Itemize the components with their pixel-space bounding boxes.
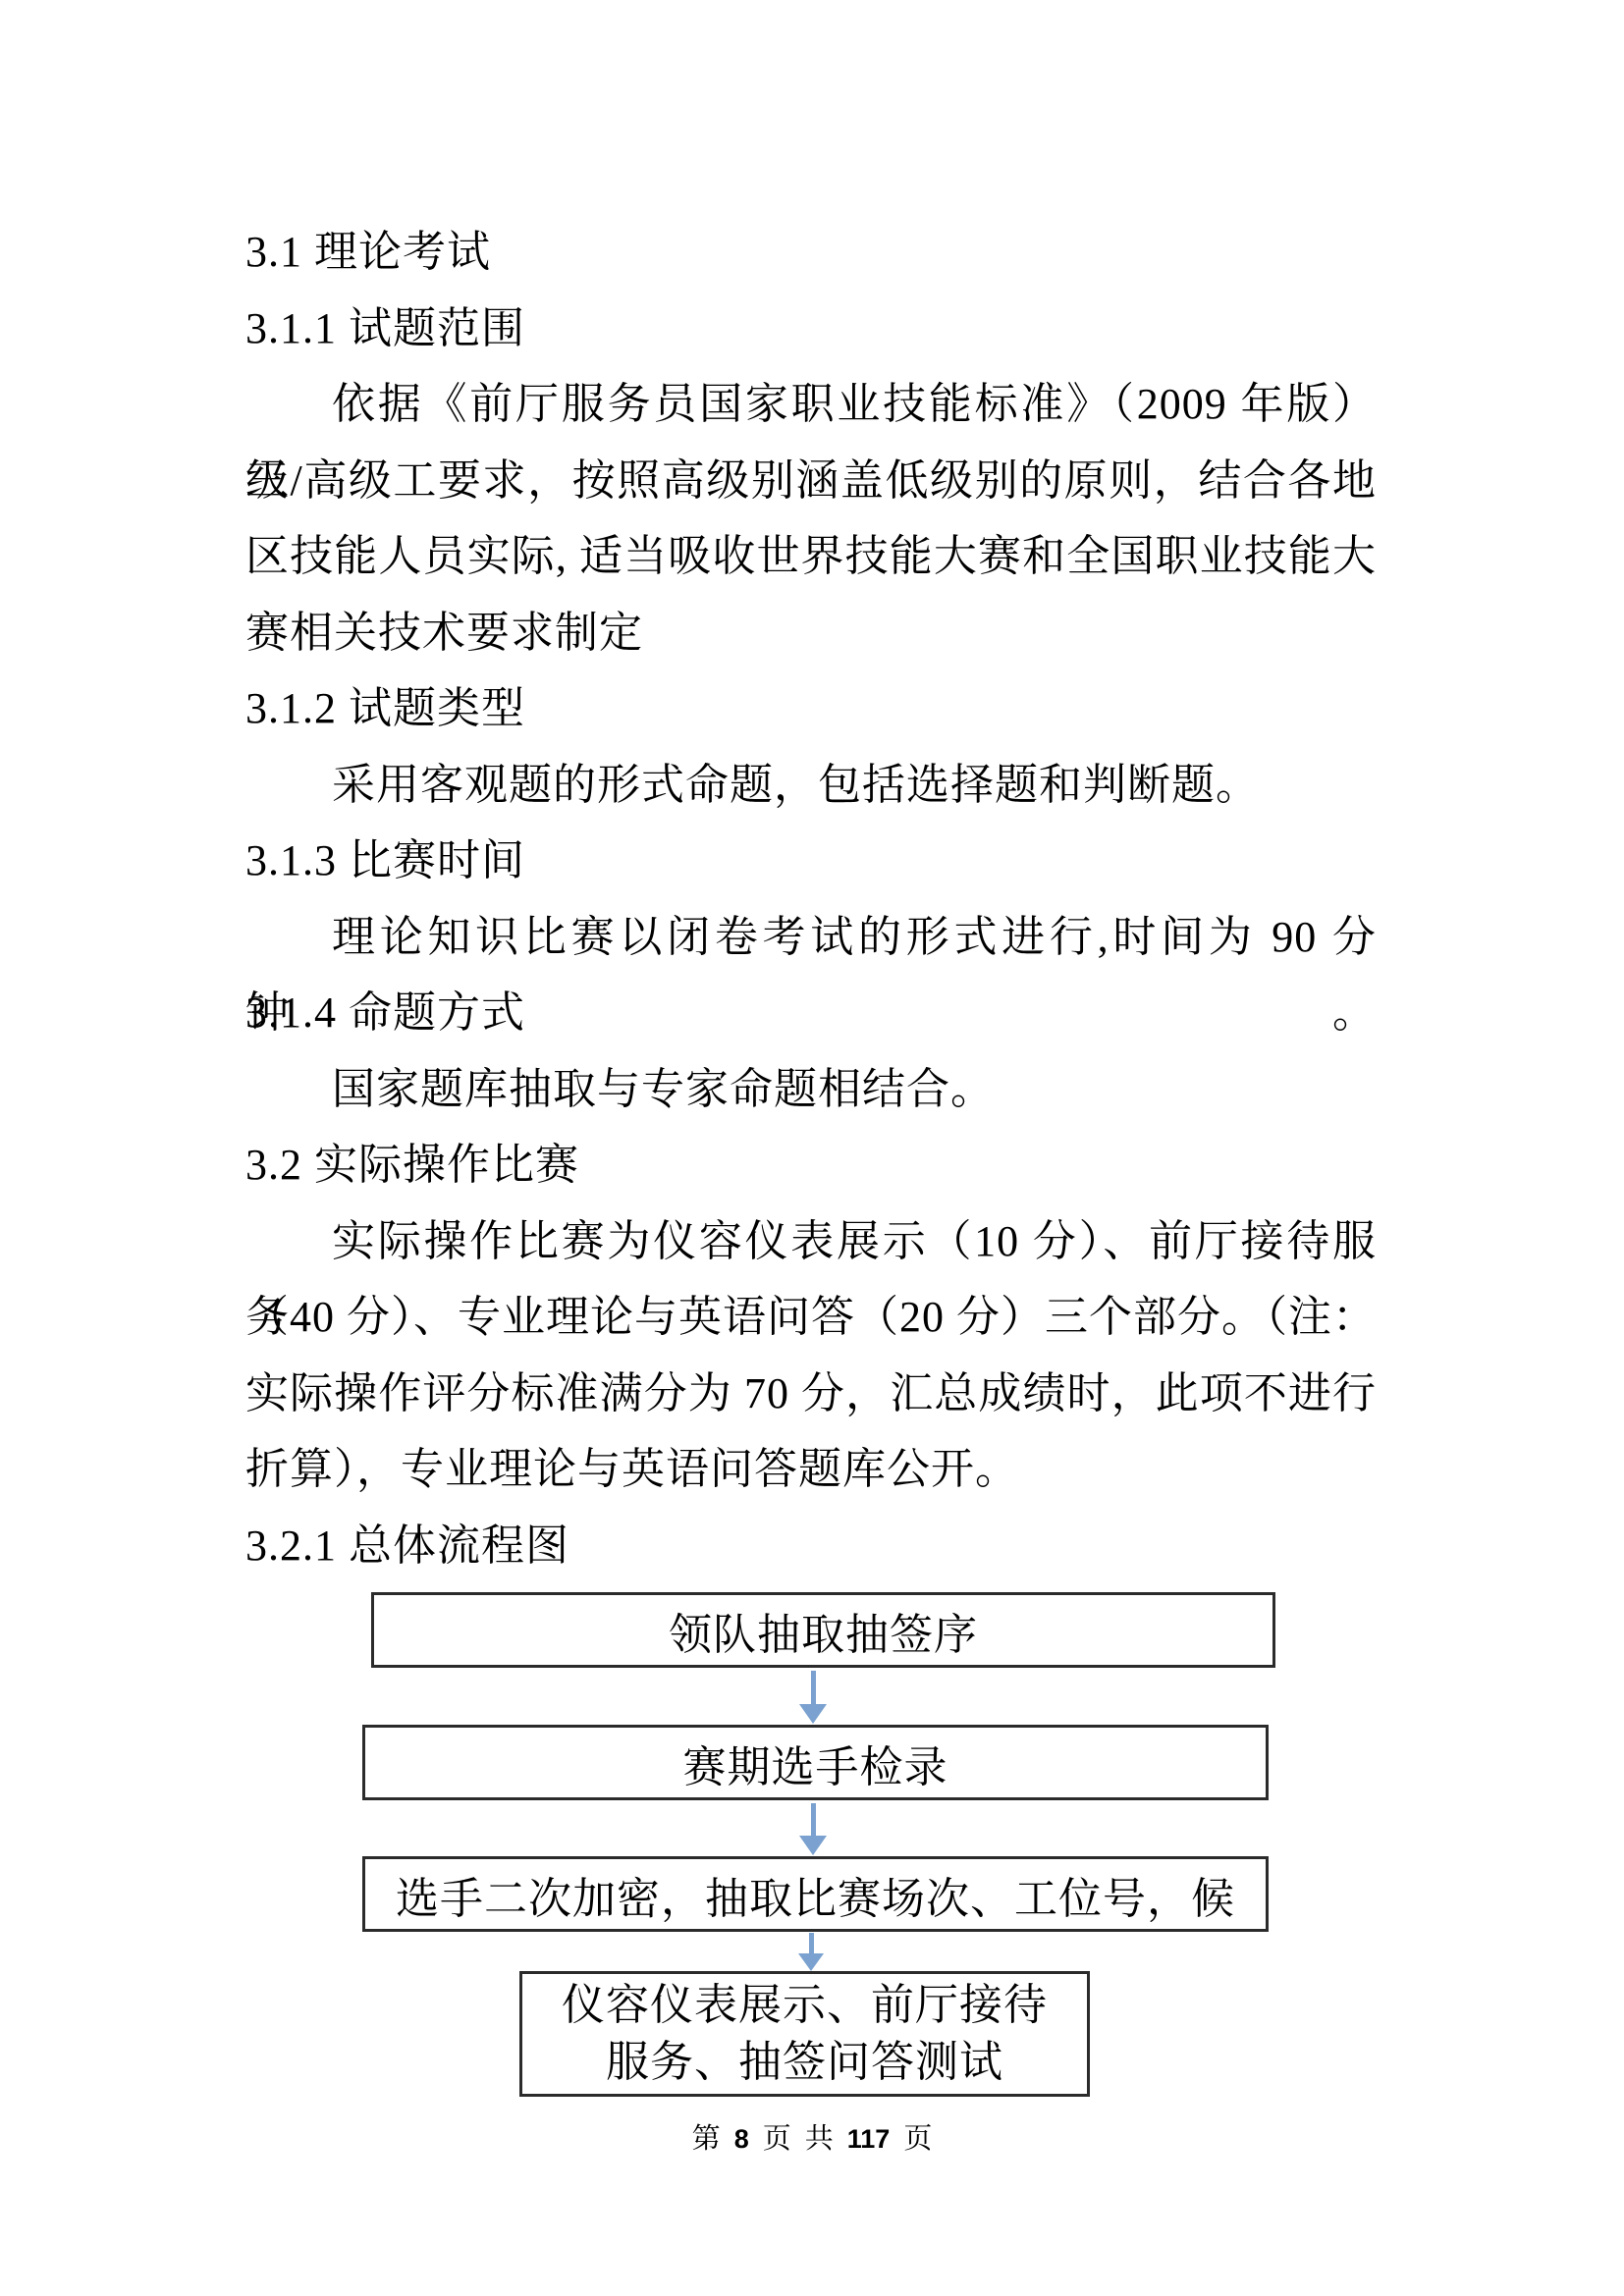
paragraph-line: 理论知识比赛以闭卷考试的形式进行,时间为 90 分钟。 <box>245 899 1377 976</box>
flow-arrow-down-icon <box>799 1803 827 1855</box>
paragraph-line: 国家题库抽取与专家命题相结合。 <box>245 1051 1377 1128</box>
flow-arrow-down-icon <box>797 1933 825 1971</box>
arrow-head <box>799 1836 827 1855</box>
section-heading: 3.2 实际操作比赛 <box>245 1127 1377 1203</box>
flowchart-step-encryption: 选手二次加密，抽取比赛场次、工位号，候 <box>362 1856 1269 1932</box>
footer-word: 共 <box>805 2123 834 2155</box>
flowchart-step-label: 选手二次加密，抽取比赛场次、工位号，候 <box>396 1863 1235 1926</box>
flowchart-step-draw-order: 领队抽取抽签序 <box>371 1592 1275 1668</box>
page-footer: 第8页共117页 <box>0 2120 1624 2158</box>
arrow-stem <box>811 1803 816 1836</box>
flowchart-step-demonstration: 仪容仪表展示、前厅接待 服务、抽签问答测试 <box>519 1971 1090 2097</box>
section-heading: 3.1.3 比赛时间 <box>245 823 1377 899</box>
flowchart-step-label: 赛期选手检录 <box>683 1732 948 1794</box>
section-heading: 3.1.2 试题类型 <box>245 670 1377 747</box>
paragraph-line: 赛相关技术要求制定 <box>245 595 1377 671</box>
flowchart-step-label: 服务、抽签问答测试 <box>606 2034 1003 2091</box>
total-pages: 117 <box>847 2124 891 2154</box>
document-page: 3.1 理论考试 3.1.1 试题范围 依据《前厅服务员国家职业技能标准》（20… <box>0 0 1624 2296</box>
arrow-stem <box>809 1933 814 1953</box>
paragraph-line: 实际操作评分标准满分为 70 分，汇总成绩时，此项不进行 <box>245 1356 1377 1432</box>
paragraph-line: 区技能人员实际, 适当吸收世界技能大赛和全国职业技能大 <box>245 518 1377 595</box>
section-heading: 3.2.1 总体流程图 <box>245 1508 1377 1584</box>
flowchart-step-label: 领队抽取抽签序 <box>669 1599 978 1662</box>
paragraph-line: 级/高级工要求，按照高级别涵盖低级别的原则，结合各地 <box>245 443 1377 519</box>
section-heading: 3.1.1 试题范围 <box>245 291 1377 367</box>
flowchart-step-label: 仪容仪表展示、前厅接待 <box>562 1977 1048 2034</box>
footer-word: 页 <box>903 2123 932 2155</box>
footer-word: 第 <box>692 2123 721 2155</box>
arrow-stem <box>811 1671 816 1704</box>
page-number: 8 <box>734 2124 749 2154</box>
section-heading: 3.1 理论考试 <box>245 214 1377 291</box>
paragraph-line: （40 分）、专业理论与英语问答（20 分）三个部分。（注： <box>245 1279 1377 1356</box>
paragraph-line: 依据《前厅服务员国家职业技能标准》（2009 年版）三 <box>245 366 1377 443</box>
paragraph-line: 采用客观题的形式命题，包括选择题和判断题。 <box>245 747 1377 824</box>
paragraph-line: 实际操作比赛为仪容仪表展示（10 分）、前厅接待服务 <box>245 1203 1377 1280</box>
arrow-head <box>798 1953 824 1971</box>
arrow-head <box>799 1704 827 1724</box>
paragraph-line: 折算），专业理论与英语问答题库公开。 <box>245 1431 1377 1508</box>
flow-arrow-down-icon <box>799 1671 827 1724</box>
footer-word: 页 <box>763 2123 791 2155</box>
flowchart-step-check-in: 赛期选手检录 <box>362 1725 1269 1800</box>
document-body: 3.1 理论考试 3.1.1 试题范围 依据《前厅服务员国家职业技能标准》（20… <box>245 214 1377 1583</box>
